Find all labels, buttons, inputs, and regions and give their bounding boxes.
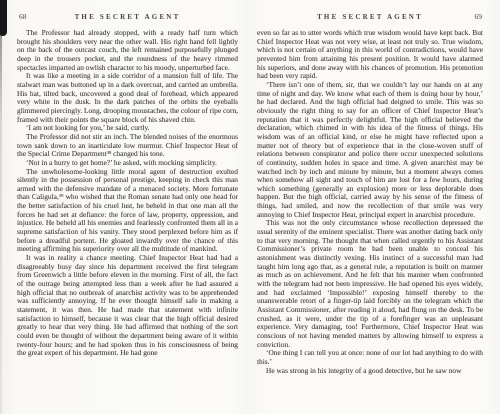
paragraph: He was strong in his integrity of a good… [257, 367, 483, 376]
running-title: THE SECRET AGENT [257, 13, 483, 21]
paragraph: ‘There isn’t one of them, sir, that we c… [257, 81, 483, 220]
page-right: THE SECRET AGENT 69 even so far as to ut… [250, 0, 500, 414]
page-header-right: THE SECRET AGENT 69 [257, 13, 483, 26]
page-body-right: even so far as to utter words which true… [257, 29, 483, 375]
page-header-left: THE SECRET AGENT 68 [17, 13, 238, 26]
paragraph: ‘One thing I can tell you at once: none … [257, 349, 483, 366]
paragraph: This was not the only circumstance whose… [257, 219, 483, 349]
page-number: 69 [475, 12, 483, 21]
paragraph: It was in reality a chance meeting. Chie… [17, 254, 238, 358]
paragraph-text: who wished that the Roman senate had onl… [17, 192, 238, 253]
page-left: THE SECRET AGENT 68 The Professor had al… [0, 0, 250, 414]
page-body-left: The Professor had already stopped, with … [17, 29, 238, 358]
page-number: 68 [19, 12, 27, 21]
paragraph-text: changed his tone. [111, 149, 164, 158]
paragraph: It was like a meeting in a side corridor… [17, 72, 238, 124]
paragraph: The Professor did not stir an inch. The … [17, 133, 238, 159]
paragraph: The unwholesome-looking little moral age… [17, 168, 238, 255]
running-title: THE SECRET AGENT [17, 13, 238, 21]
book-spread: THE SECRET AGENT 68 The Professor had al… [0, 0, 500, 414]
paragraph: even so far as to utter words which true… [257, 29, 483, 81]
paragraph: The Professor had already stopped, with … [17, 29, 238, 72]
